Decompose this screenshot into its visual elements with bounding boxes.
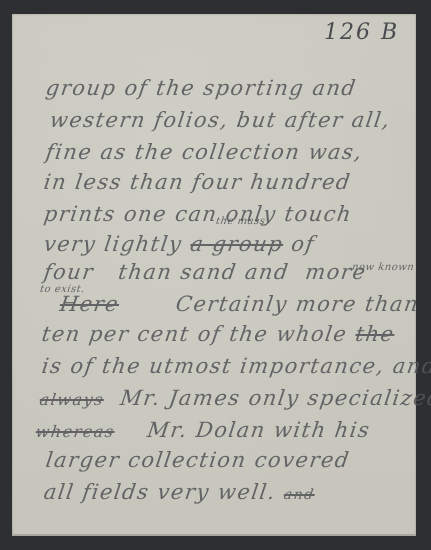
text-line-5: prints one can only touch [42,202,354,226]
word-four: four [42,260,95,284]
text-line-11: always Mr. James only specialized, [38,386,431,410]
page-number: 126 B [324,20,399,45]
text-line-7: four than sand and more [42,260,368,284]
text-line-12: whereas Mr. Dolan with his [34,418,372,442]
text-line-1: group of the sporting and [44,76,358,100]
struck-text: a group [189,232,285,256]
struck-here: Here [58,292,121,316]
text-line-13: larger collection covered [44,448,351,472]
text-line-8: Certainly more than [174,292,421,316]
text-line-4: in less than four hundred [42,170,352,194]
text-line-2: western folios, but after all, [48,108,392,132]
insertion-now-known: now known [351,262,415,273]
text-line-9: ten per cent of the whole the [40,322,396,346]
page-edge [12,534,416,536]
text-line-3: fine as the collection was, [44,140,364,164]
text-line-6-start: very lightly a group of [42,232,316,256]
text-line-14: all fields very well. and [42,480,316,504]
insertion-the-mass: the mass [215,216,266,227]
text-line-10: is of the utmost importance, and [40,354,431,378]
